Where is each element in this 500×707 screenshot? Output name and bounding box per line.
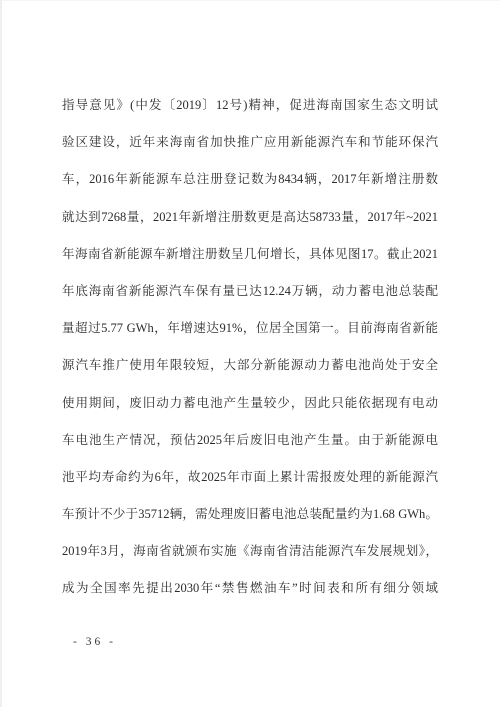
document-page: 指导意见》(中发〔2019〕12号)精神，促进海南国家生态文明试 验区建设，近年… <box>0 0 500 707</box>
paragraph-line: 车电池生产情况，预估2025年后废旧电池产生量。由于新能源电 <box>62 422 438 459</box>
paragraph-line: 指导意见》(中发〔2019〕12号)精神，促进海南国家生态文明试 <box>62 87 438 124</box>
paragraph-line: 成为全国率先提出2030年“禁售燃油车”时间表和所有细分领域 <box>62 570 438 607</box>
paragraph-line: 车，2016年新能源车总注册登记数为8434辆，2017年新增注册数 <box>62 161 438 198</box>
paragraph-line: 源汽车推广使用年限较短，大部分新能源动力蓄电池尚处于安全 <box>62 347 438 384</box>
footer-page-number: - 36 - <box>73 636 116 648</box>
paragraph-line: 池平均寿命约为6年，故2025年市面上累计需报废处理的新能源汽 <box>62 459 438 496</box>
paragraph-line: 量超过5.77 GWh，年增速达91%，位居全国第一。目前海南省新能 <box>62 310 438 347</box>
paragraph-line: 验区建设，近年来海南省加快推广应用新能源汽车和节能环保汽 <box>62 124 438 161</box>
paragraph-line: 2019年3月，海南省就颁布实施《海南省清洁能源汽车发展规划》， <box>62 533 438 570</box>
paragraph-line: 车预计不少于35712辆，需处理废旧蓄电池总装配量约为1.68 GWh。 <box>62 496 438 533</box>
paragraph-line: 就达到7268量，2021年新增注册数更是高达58733量，2017年~2021 <box>62 199 438 236</box>
paragraph-block: 指导意见》(中发〔2019〕12号)精神，促进海南国家生态文明试 验区建设，近年… <box>62 87 438 608</box>
paragraph-line: 年海南省新能源车新增注册数呈几何增长，具体见图17。截止2021 <box>62 236 438 273</box>
paragraph-line: 年底海南省新能源汽车保有量已达12.24万辆，动力蓄电池总装配 <box>62 273 438 310</box>
paragraph-line: 使用期间，废旧动力蓄电池产生量较少，因此只能依据现有电动 <box>62 385 438 422</box>
